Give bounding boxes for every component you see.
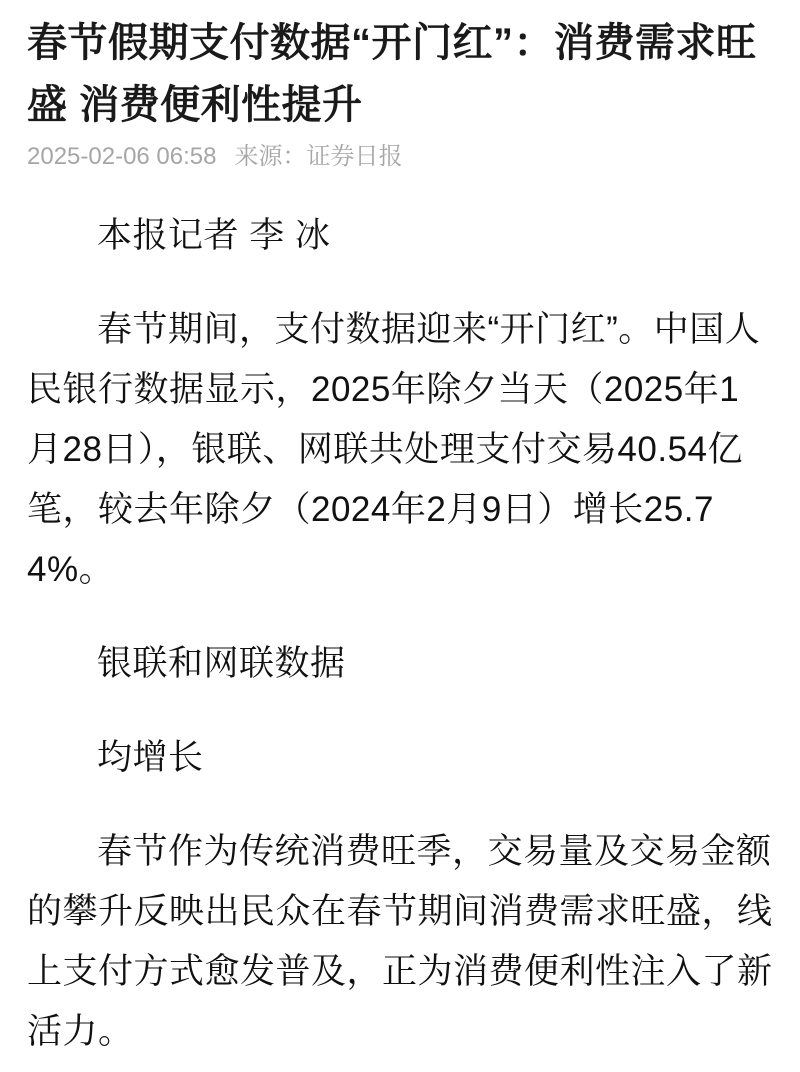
source-label: 来源：证券日报 <box>235 142 403 172</box>
article-paragraph-reporter: 本报记者 李 冰 <box>27 206 773 266</box>
article-paragraph-lead: 春节期间，支付数据迎来“开门红”。中国人民银行数据显示，2025年除夕当天（20… <box>27 300 773 600</box>
article-paragraph-subhead-2: 均增长 <box>27 728 773 788</box>
article-body: 本报记者 李 冰 春节期间，支付数据迎来“开门红”。中国人民银行数据显示，202… <box>27 206 773 1062</box>
news-article: 春节假期支付数据“开门红”：消费需求旺盛 消费便利性提升 2025-02-06 … <box>0 12 800 1062</box>
article-paragraph-analysis: 春节作为传统消费旺季，交易量及交易金额的攀升反映出民众在春节期间消费需求旺盛，线… <box>27 822 773 1062</box>
article-meta: 2025-02-06 06:58 来源：证券日报 <box>27 142 773 172</box>
article-paragraph-subhead-1: 银联和网联数据 <box>27 634 773 694</box>
article-title: 春节假期支付数据“开门红”：消费需求旺盛 消费便利性提升 <box>27 12 773 136</box>
publish-datetime: 2025-02-06 06:58 <box>27 142 217 172</box>
